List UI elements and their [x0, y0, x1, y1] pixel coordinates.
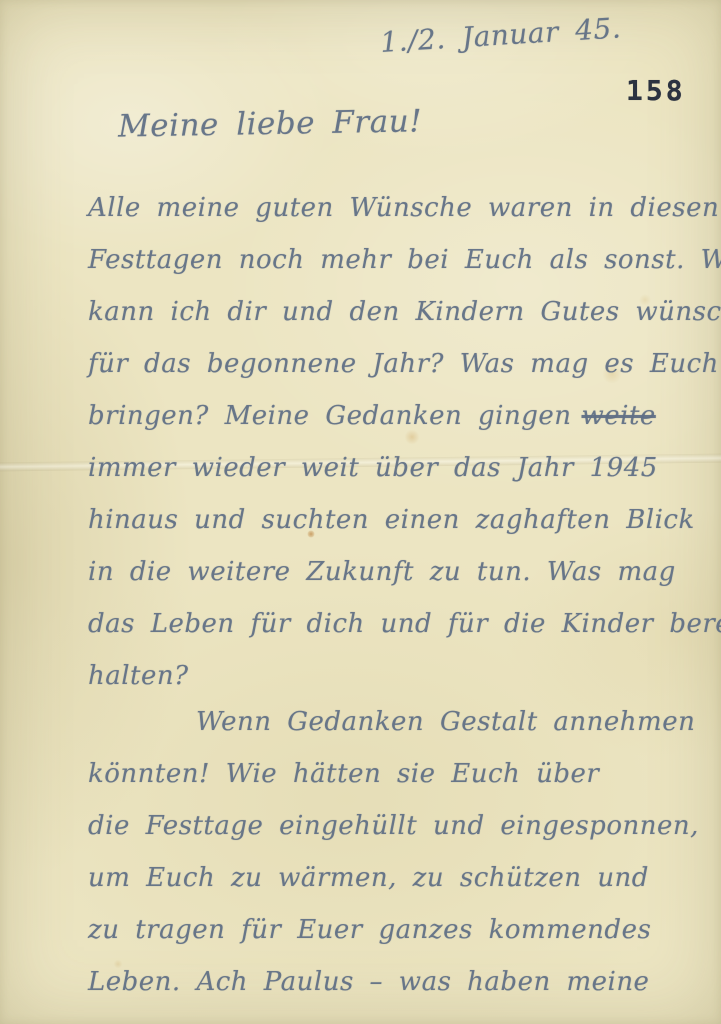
date-line: 1./2. Januar 45.: [379, 6, 710, 59]
letter-line: für das begonnene Jahr? Was mag es Euch: [88, 340, 697, 392]
letter-line: um Euch zu wärmen, zu schützen und: [88, 854, 697, 906]
letter-line: immer wieder weit über das Jahr 1945: [88, 444, 697, 496]
letter-line: Festtagen noch mehr bei Euch als sonst. …: [88, 236, 697, 288]
letter-line: zu tragen für Euer ganzes kommendes: [88, 906, 697, 958]
paragraph-1: Alle meine guten Wünsche waren in diesen…: [88, 184, 697, 704]
letter-line: Leben. Ach Paulus – was haben meine: [88, 958, 697, 1010]
paragraph-2: Wenn Gedanken Gestalt annehmen könnten! …: [88, 698, 697, 1010]
salutation: Meine liebe Frau!: [118, 103, 423, 144]
letter-line: halten?: [88, 652, 697, 704]
letter-page: 1./2. Januar 45. 158 Meine liebe Frau! A…: [0, 0, 721, 1024]
page-number-stamp: 158: [626, 74, 686, 109]
letter-line: könnten! Wie hätten sie Euch über: [88, 750, 697, 802]
letter-line: Wenn Gedanken Gestalt annehmen: [88, 698, 697, 750]
letter-line: in die weitere Zukunft zu tun. Was mag: [88, 548, 697, 600]
letter-line: Alle meine guten Wünsche waren in diesen: [88, 184, 697, 236]
letter-line: das Leben für dich und für die Kinder be…: [88, 600, 697, 652]
letter-line-text: bringen? Meine Gedanken gingen: [88, 401, 572, 431]
struck-out-word: weite: [582, 401, 656, 431]
letter-line: hinaus und suchten einen zaghaften Blick: [88, 496, 697, 548]
letter-line: die Festtage eingehüllt und eingesponnen…: [88, 802, 697, 854]
letter-line-with-strikeout: bringen? Meine Gedanken gingenweite: [88, 392, 697, 444]
letter-line: kann ich dir und den Kindern Gutes wünsc…: [88, 288, 697, 340]
